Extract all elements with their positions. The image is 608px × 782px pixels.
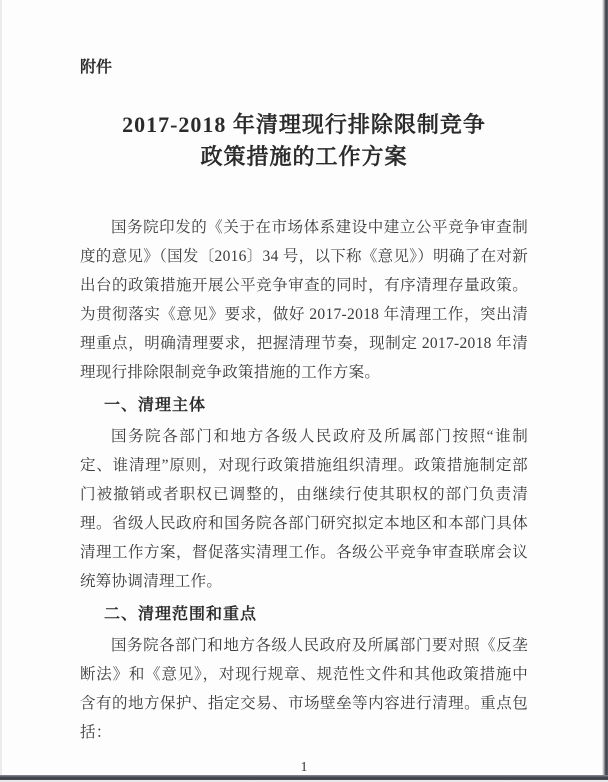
scan-edge-right: [602, 0, 608, 782]
section-1-body: 国务院各部门和地方各级人民政府及所属部门按照“谁制定、谁清理”原则，对现行政策措…: [80, 422, 528, 596]
document-page: 附件 2017-2018 年清理现行排除限制竞争 政策措施的工作方案 国务院印发…: [0, 0, 608, 782]
section-1-heading: 一、清理主体: [80, 394, 528, 417]
attachment-label: 附件: [80, 58, 528, 78]
section-2-heading: 二、清理范围和重点: [80, 603, 528, 626]
document-title: 2017-2018 年清理现行排除限制竞争 政策措施的工作方案: [80, 109, 528, 173]
document-title-line-2: 政策措施的工作方案: [80, 141, 528, 173]
document-title-line-1: 2017-2018 年清理现行排除限制竞争: [80, 109, 528, 141]
intro-paragraph: 国务院印发的《关于在市场体系建设中建立公平竞争审查制度的意见》（国发〔2016〕…: [80, 213, 528, 387]
scan-edge-left: [0, 0, 2, 782]
page-number: 1: [80, 760, 528, 776]
section-2-body: 国务院各部门和地方各级人民政府及所属部门要对照《反垄断法》和《意见》，对现行规章…: [80, 631, 528, 747]
